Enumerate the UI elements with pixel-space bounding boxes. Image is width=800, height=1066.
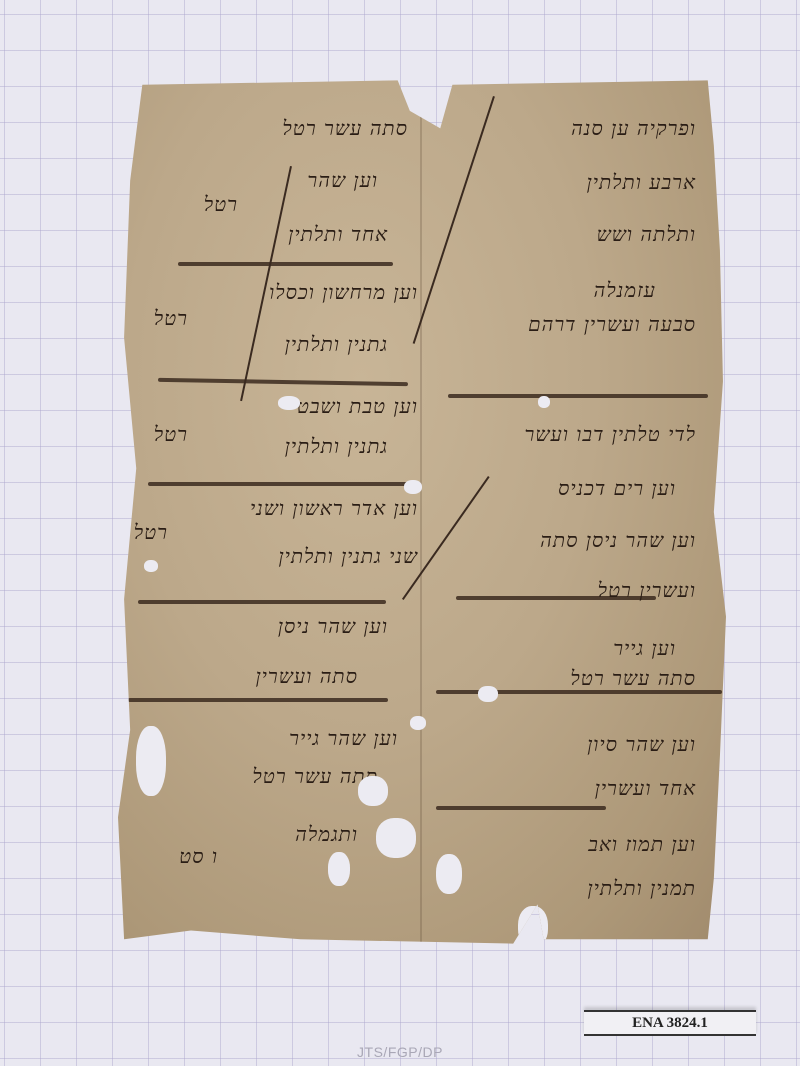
text-line: וען שהר סיון [587, 734, 696, 754]
text-line: ותלתה ושש [597, 224, 696, 244]
text-line: וען מרחשון וכסלו [269, 282, 418, 302]
text-line: וען אדר ראשון ושני [250, 498, 418, 518]
paper-hole [410, 716, 426, 730]
right-column: ופרקיה ען סנה ארבע ותלתין ותלתה ושש עזמנ… [406, 106, 696, 926]
paper-hole [376, 818, 416, 858]
text-line: סתה עשר רטל [282, 118, 408, 138]
text-line: עזמנלה [594, 280, 656, 300]
text-line: ארבע ותלתין [587, 172, 696, 192]
text-line: רטל [204, 194, 238, 214]
text-line: תמנין ותלתין [588, 878, 696, 898]
paper-hole [404, 480, 422, 494]
text-line: ותגמלה [295, 824, 358, 844]
text-line: ו סט [179, 846, 218, 866]
paper-hole [538, 396, 550, 408]
text-line: רטל [134, 522, 168, 542]
paper-hole [328, 852, 350, 886]
text-line: סתה עשר רטל [570, 668, 696, 688]
text-line: שני גתנין ותלתין [279, 546, 418, 566]
text-line: וען גייר [613, 638, 676, 658]
shelfmark-label: ENA 3824.1 [584, 1010, 756, 1036]
text-line: לדי טלתין דבו ועשר [525, 424, 696, 444]
text-line: וען שהר [307, 170, 378, 190]
text-line: וען תמוז ואב [588, 834, 696, 854]
text-line: וען טבת ושבט [297, 396, 418, 416]
text-line: וען שהר ניסן סתה [540, 530, 696, 550]
paper-hole [478, 686, 498, 702]
text-line: וען שהר גייר [289, 728, 398, 748]
text-line: סתה ועשרין [256, 666, 358, 686]
text-line: ופרקיה ען סנה [571, 118, 696, 138]
text-line: גתנין ותלתין [285, 334, 388, 354]
text-line: ועשרין רטל [598, 580, 696, 600]
text-line: גתנין ותלתין [285, 436, 388, 456]
text-line: אחד ותלתין [288, 224, 388, 244]
paper-hole [144, 560, 158, 572]
paper-hole [136, 726, 166, 796]
paper-hole [436, 854, 462, 894]
paper-hole [358, 776, 388, 806]
text-line: רטל [154, 308, 188, 328]
text-line: וען רים דכניס [558, 478, 676, 498]
paper-hole [278, 396, 300, 410]
text-line: רטל [154, 424, 188, 444]
text-line: אחד ועשרין [595, 778, 696, 798]
credit-label: JTS/FGP/DP [330, 1044, 470, 1060]
text-line: סבעה ועשרין דרהם [528, 314, 696, 334]
manuscript-leaf: ופרקיה ען סנה ארבע ותלתין ותלתה ושש עזמנ… [118, 76, 726, 948]
text-line: וען שהר ניסן [278, 616, 388, 636]
paper-hole [518, 906, 548, 948]
